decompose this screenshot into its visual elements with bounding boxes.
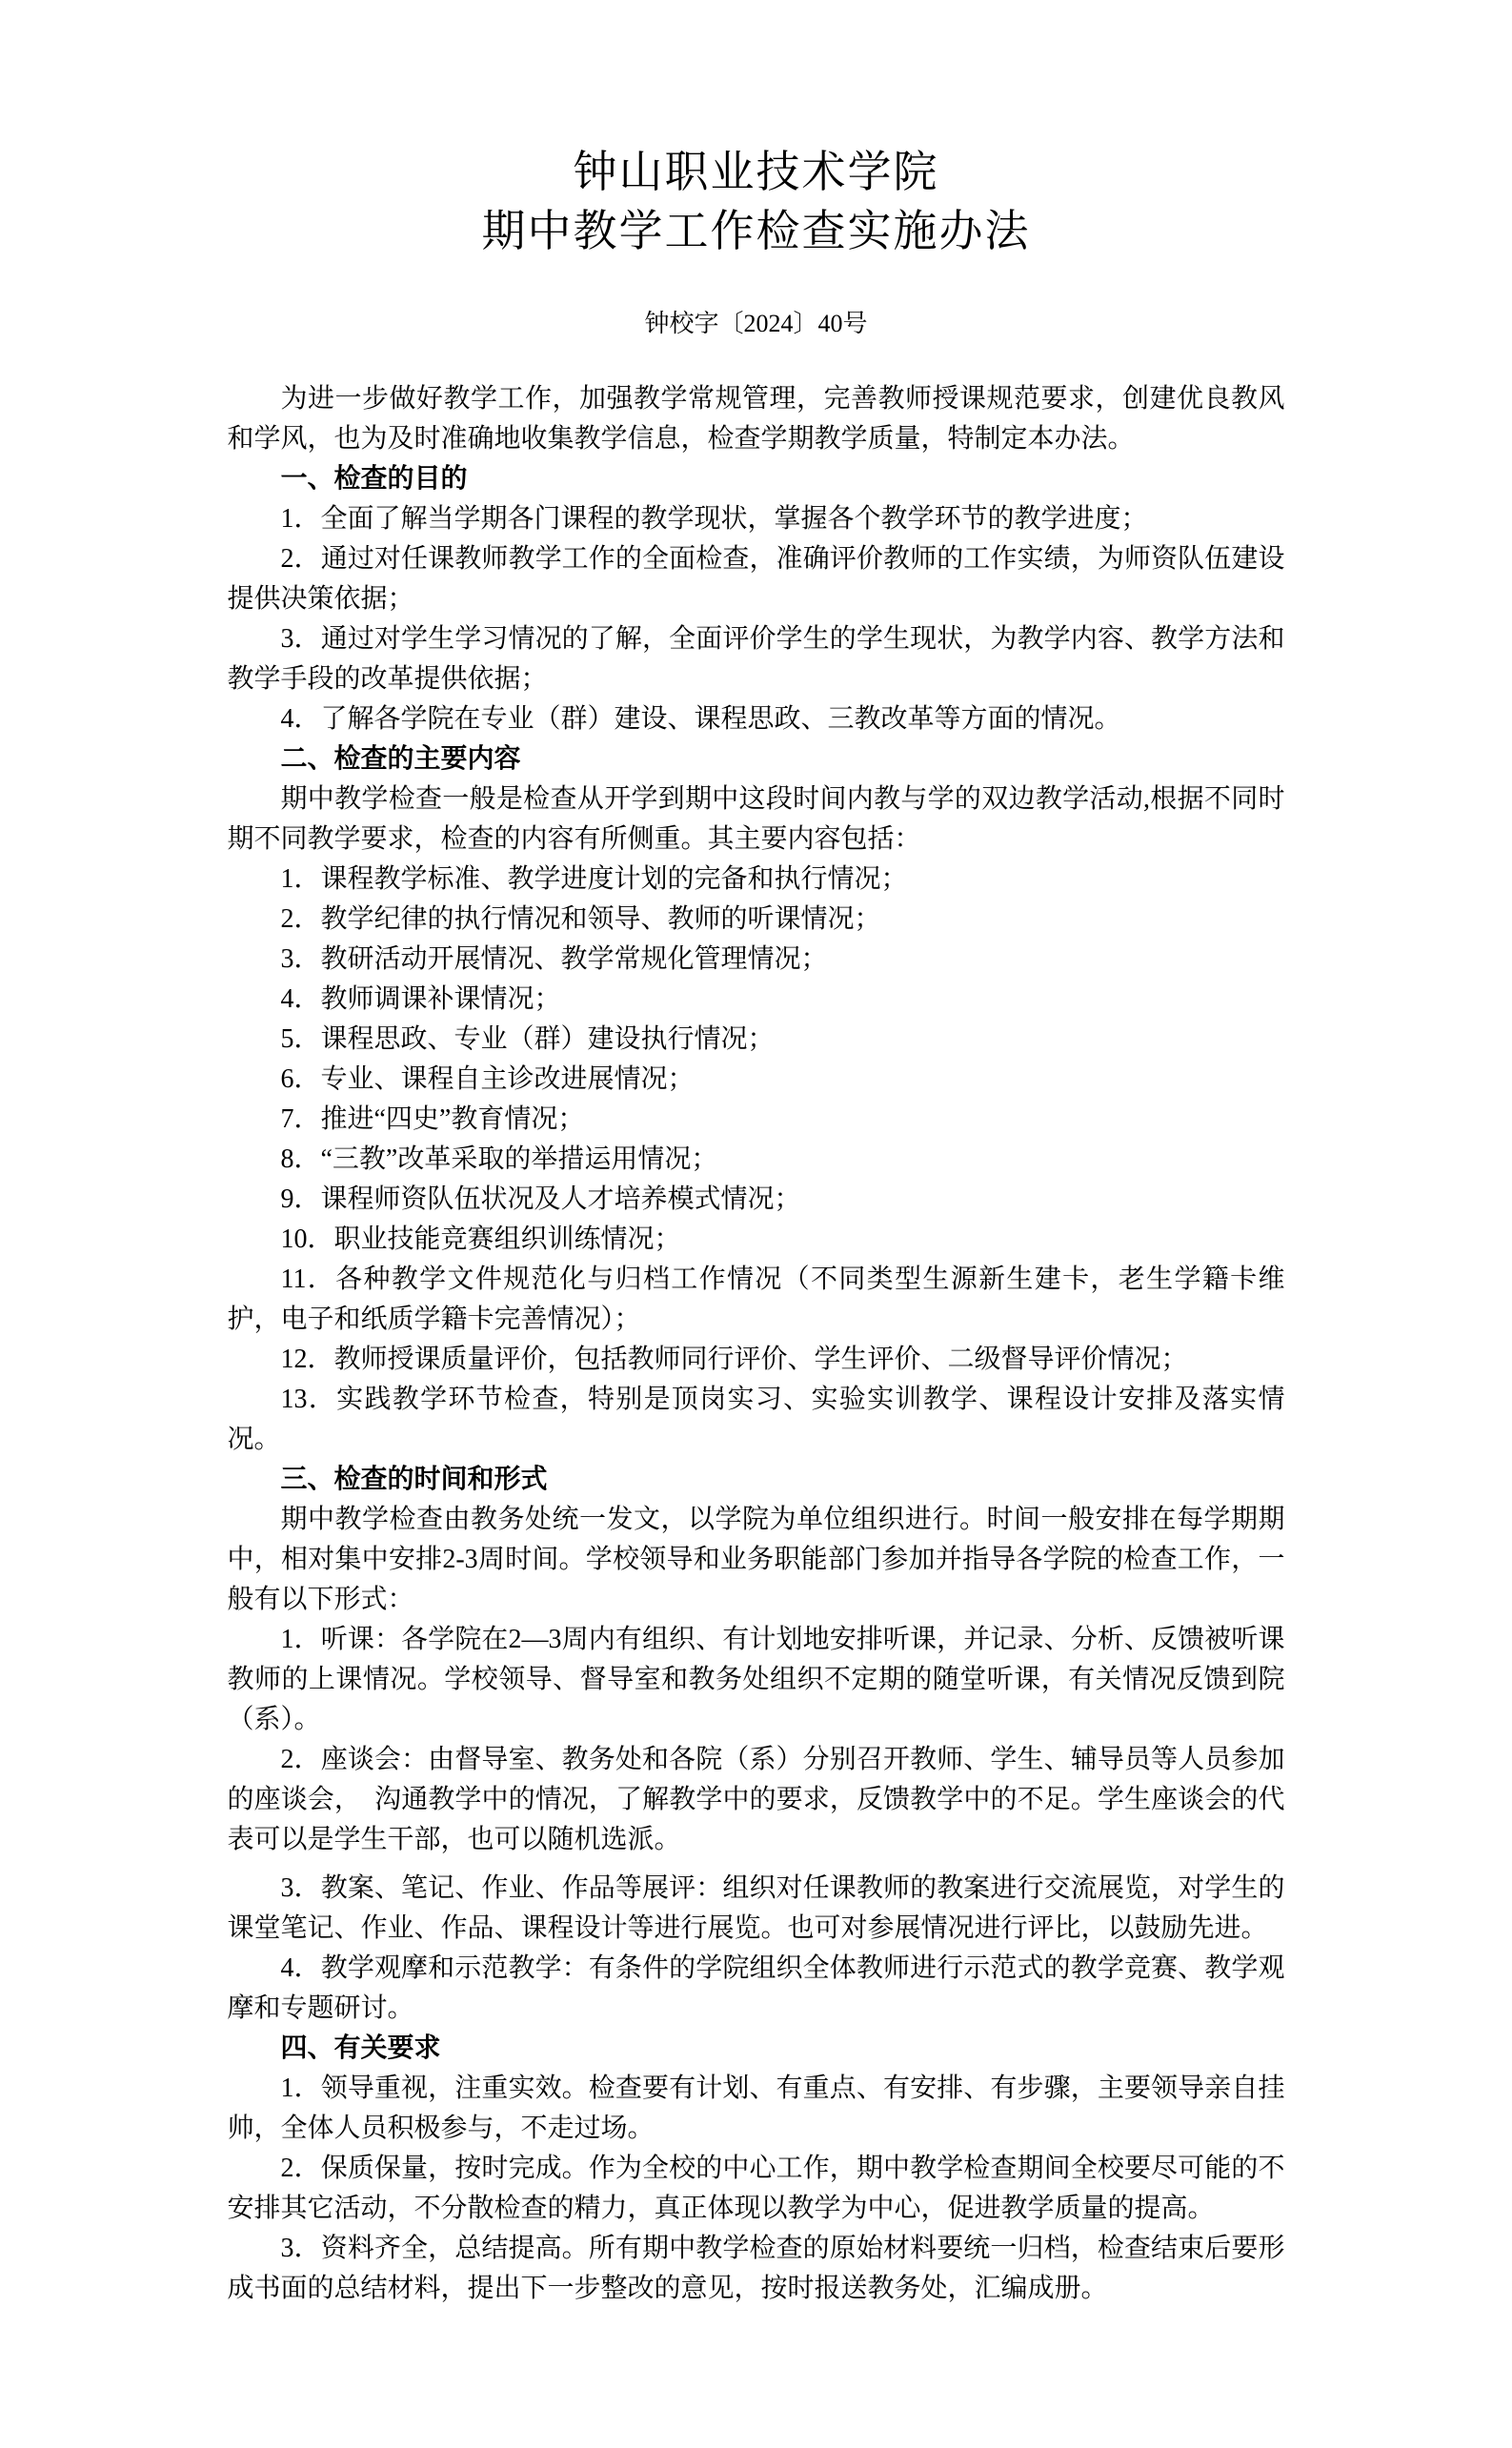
section-heading: 三、检查的时间和形式	[228, 1460, 1285, 1500]
paragraph: 12．教师授课质量评价，包括教师同行评价、学生评价、二级督导评价情况；	[228, 1340, 1285, 1380]
paragraph: 3．教研活动开展情况、教学常规化管理情况；	[228, 940, 1285, 980]
paragraph: 4．了解各学院在专业（群）建设、课程思政、三教改革等方面的情况。	[228, 699, 1285, 739]
paragraph: 11．各种教学文件规范化与归档工作情况（不同类型生源新生建卡，老生学籍卡维护，电…	[228, 1260, 1285, 1340]
paragraph: 2．座谈会：由督导室、教务处和各院（系）分别召开教师、学生、辅导员等人员参加的座…	[228, 1740, 1285, 1860]
paragraph: 2．教学纪律的执行情况和领导、教师的听课情况；	[228, 900, 1285, 940]
title-line-1: 钟山职业技术学院	[0, 143, 1512, 202]
paragraph: 为进一步做好教学工作，加强教学常规管理，完善教师授课规范要求，创建优良教风和学风…	[228, 379, 1285, 459]
paragraph: 3．通过对学生学习情况的了解，全面评价学生的学生现状，为教学内容、教学方法和教学…	[228, 619, 1285, 699]
paragraph: 期中教学检查一般是检查从开学到期中这段时间内教与学的双边教学活动,根据不同时期不…	[228, 779, 1285, 860]
section-heading: 四、有关要求	[228, 2029, 1285, 2069]
paragraph: 4．教师调课补课情况；	[228, 980, 1285, 1020]
paragraph: 9．课程师资队伍状况及人才培养模式情况；	[228, 1180, 1285, 1220]
paragraph: 13．实践教学环节检查，特别是顶岗实习、实验实训教学、课程设计安排及落实情况。	[228, 1380, 1285, 1460]
paragraph: 1．全面了解当学期各门课程的教学现状，掌握各个教学环节的教学进度；	[228, 499, 1285, 539]
document-body: 为进一步做好教学工作，加强教学常规管理，完善教师授课规范要求，创建优良教风和学风…	[228, 379, 1285, 2309]
paragraph: 6．专业、课程自主诊改进展情况；	[228, 1060, 1285, 1100]
paragraph: 3．资料齐全，总结提高。所有期中教学检查的原始材料要统一归档，检查结束后要形成书…	[228, 2229, 1285, 2309]
paragraph: 5．课程思政、专业（群）建设执行情况；	[228, 1020, 1285, 1060]
page: 钟山职业技术学院 期中教学工作检查实施办法 钟校字〔2024〕40号 为进一步做…	[0, 0, 1512, 2448]
document-title: 钟山职业技术学院 期中教学工作检查实施办法	[0, 143, 1512, 261]
paragraph: 1．听课：各学院在2—3周内有组织、有计划地安排听课，并记录、分析、反馈被听课教…	[228, 1620, 1285, 1740]
section-heading: 一、检查的目的	[228, 459, 1285, 499]
paragraph: 期中教学检查由教务处统一发文，以学院为单位组织进行。时间一般安排在每学期期中，相…	[228, 1500, 1285, 1620]
paragraph: 7．推进“四史”教育情况；	[228, 1100, 1285, 1140]
paragraph: 2．通过对任课教师教学工作的全面检查，准确评价教师的工作实绩，为师资队伍建设提供…	[228, 539, 1285, 619]
paragraph: 1．课程教学标准、教学进度计划的完备和执行情况；	[228, 860, 1285, 900]
paragraph: 1．领导重视，注重实效。检查要有计划、有重点、有安排、有步骤，主要领导亲自挂帅，…	[228, 2069, 1285, 2149]
section-heading: 二、检查的主要内容	[228, 739, 1285, 779]
title-line-2: 期中教学工作检查实施办法	[0, 202, 1512, 261]
paragraph: 10．职业技能竞赛组织训练情况；	[228, 1220, 1285, 1260]
paragraph: 4．教学观摩和示范教学：有条件的学院组织全体教师进行示范式的教学竞赛、教学观摩和…	[228, 1949, 1285, 2029]
paragraph: 8．“三教”改革采取的举措运用情况；	[228, 1140, 1285, 1180]
paragraph: 3．教案、笔记、作业、作品等展评：组织对任课教师的教案进行交流展览，对学生的课堂…	[228, 1869, 1285, 1949]
doc-number: 钟校字〔2024〕40号	[0, 307, 1512, 341]
document-header: 钟山职业技术学院 期中教学工作检查实施办法 钟校字〔2024〕40号	[0, 143, 1512, 341]
paragraph: 2．保质保量，按时完成。作为全校的中心工作，期中教学检查期间全校要尽可能的不安排…	[228, 2149, 1285, 2229]
